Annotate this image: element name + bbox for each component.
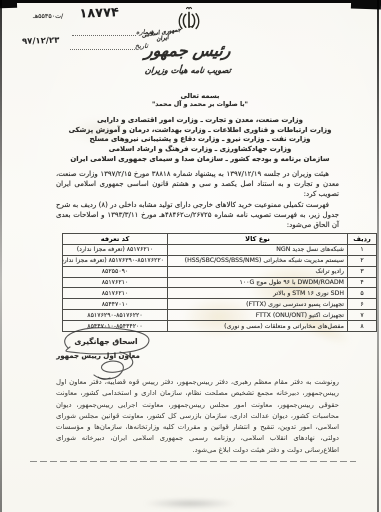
cell-goods-type: رادیو ترانک	[168, 266, 348, 277]
cell-row-number: ۷	[348, 310, 377, 321]
cell-tariff-code: ۸۵۱۷۶۲۱۰	[63, 288, 168, 299]
scan-corner-mark	[0, 0, 17, 8]
col-header-goods-type: نوع کالا	[168, 234, 348, 245]
cell-tariff-code: ۸۵۴۴۷۰۱۰	[63, 299, 168, 310]
cell-goods-type: سیستم مدیریت شبکه مخابراتی (HSS/SBC/OSS/…	[168, 255, 348, 266]
scan-edge-line	[377, 0, 379, 512]
col-header-tariff-code: کد تعرفه	[63, 234, 168, 245]
body-paragraph-2: فهرست تکمیلی ممنوعیت خرید کالاهای خارجی …	[56, 200, 339, 230]
table-row: ۶ تجهیزات پسیو دسترسی نوری (FTTX) ۸۵۴۴۷۰…	[63, 299, 377, 310]
cell-goods-type: SDH نوری STM ۱۶ و بالاتر	[168, 288, 348, 299]
cell-row-number: ۴	[348, 277, 377, 288]
addressee-line: وزارت نفت ـ وزارت نیرو ـ وزارت دفاع و پش…	[40, 135, 360, 145]
addressee-list: وزارت صنعت، معدن و تجارت ـ وزارت امور اق…	[40, 116, 360, 165]
table-row: ۱ شبکه‌های نسل جدید NGN ۸۵۱۷۶۲۱۰ (تعرفه …	[63, 244, 377, 255]
scan-smudge	[143, 499, 237, 508]
dotted-line	[70, 42, 135, 50]
handwritten-date: ۹۷/۱۲/۲۳	[22, 35, 78, 47]
cell-tariff-code: ۸۵۱۷۶۲۹۰-۸۵۱۷۶۲۲۰	[63, 310, 168, 321]
cell-row-number: ۲	[348, 255, 377, 266]
scan-edge-line	[0, 0, 2, 512]
cc-paragraph: رونوشت به دفتر مقام معظم رهبری، دفتر ریی…	[56, 377, 339, 456]
cell-goods-type: تجهیزات پسیو دسترسی نوری (FTTX)	[168, 299, 348, 310]
table-row: ۵ SDH نوری STM ۱۶ و بالاتر ۸۵۱۷۶۲۱۰	[63, 288, 377, 299]
cell-tariff-code: ۸۵۱۷۶۲۱۰ (تعرفه مجزا ندارد)	[63, 244, 168, 255]
cell-goods-type: شبکه‌های نسل جدید NGN	[168, 244, 348, 255]
salutation: "با صلوات بر محمد و آل محمد"	[40, 101, 360, 108]
addressee-line: وزارت جهادکشاورزی ـ وزارت فرهنگ و ارشاد …	[40, 145, 360, 155]
addressee-line: وزارت ارتباطات و فناوری اطلاعات ـ وزارت …	[40, 126, 360, 136]
separator-line	[30, 461, 356, 462]
cell-goods-type: تجهیزات اکتیو FTTX (ONU/ONT)	[168, 310, 348, 321]
cell-row-number: ۳	[348, 266, 377, 277]
addressee-line: وزارت صنعت، معدن و تجارت ـ وزارت امور اق…	[40, 116, 360, 126]
table-row: ۳ رادیو ترانک ۸۵۲۵۵۰۹۰	[63, 266, 377, 277]
doc-type-title: تصویب نامه هیأت وزیران	[137, 65, 238, 75]
addressee-line: سازمان برنامه و بودجه کشور ـ سازمان صدا …	[40, 155, 360, 165]
table-row: ۷ تجهیزات اکتیو FTTX (ONU/ONT) ۸۵۱۷۶۲۹۰-…	[63, 310, 377, 321]
table-row: ۲ سیستم مدیریت شبکه مخابراتی (HSS/SBC/OS…	[63, 255, 377, 266]
table-header-row: ردیف نوع کالا کد تعرفه	[63, 234, 377, 245]
table-row: ۴ DWDM/ROADM با ۹۶ طول موج ۱۰۰G ۸۵۱۷۶۲۱۰	[63, 277, 377, 288]
col-header-row-number: ردیف	[348, 234, 377, 245]
document-page: /ت۵۵۳۵۰هـ ۱۸۷۷۴ شماره تاریخ ۹۷/۱۲/۲۳	[0, 0, 381, 512]
cell-goods-type: مفصل‌های مخابراتی و متعلقات (مسی و نوری)	[168, 321, 348, 332]
cell-tariff-code: ۸۵۱۷۶۲۹۰-۸۵۱۷۶۲۲۰ (تعرفه مجزا ندارد)	[63, 255, 168, 266]
cell-tariff-code: ۸۵۲۵۵۰۹۰	[63, 266, 168, 277]
cell-goods-type: DWDM/ROADM با ۹۶ طول موج ۱۰۰G	[168, 277, 348, 288]
president-title: رئیس جمهور	[139, 41, 238, 60]
cell-tariff-code: ۸۵۱۷۶۲۱۰	[63, 277, 168, 288]
cell-row-number: ۵	[348, 288, 377, 299]
tariff-table: ردیف نوع کالا کد تعرفه ۱ شبکه‌های نسل جد…	[62, 233, 377, 332]
ref-number-handwritten: ۱۸۷۷۴	[77, 5, 119, 21]
cell-row-number: ۶	[348, 299, 377, 310]
invocation: بسمه تعالی	[40, 92, 360, 100]
cell-row-number: ۸	[348, 321, 377, 332]
scan-top-bar	[0, 0, 381, 3]
cell-row-number: ۱	[348, 244, 377, 255]
body-paragraph-1: هیئت وزیران در جلسه ۱۳۹۷/۱۲/۱۹ به پیشنها…	[56, 169, 339, 199]
dotted-line	[72, 28, 136, 36]
